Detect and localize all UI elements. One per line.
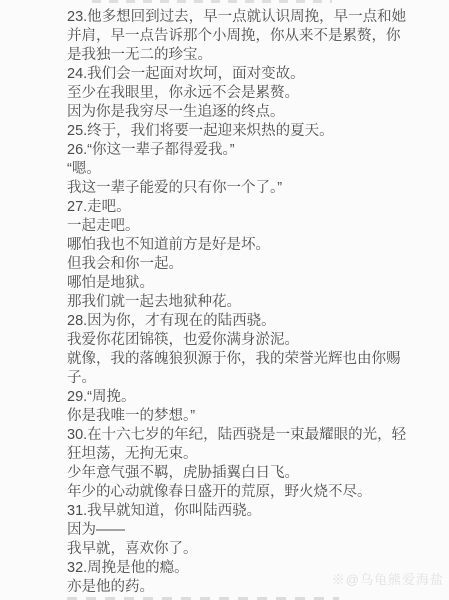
text-line: 一起走吧。 <box>67 217 397 236</box>
clipped-line-fragment-top <box>92 0 332 3</box>
text-line: 30.在十六七岁的年纪，陆西骁是一束最耀眼的光，轻 <box>67 426 397 445</box>
text-line: 那我们就一起去地狱种花。 <box>67 293 397 312</box>
text-line: “嗯。 <box>67 160 397 179</box>
quotes-page: 23.他多想回到过去，早一点就认识周挽，早一点和她并肩，早一点告诉那个小周挽，你… <box>0 0 449 600</box>
text-line: 29.“周挽。 <box>67 388 397 407</box>
text-line: 你是我唯一的梦想。” <box>67 407 397 426</box>
text-line: 是我独一无二的珍宝。 <box>67 46 397 65</box>
text-line: 28.因为你，才有现在的陆西骁。 <box>67 312 397 331</box>
quote-text-block: 23.他多想回到过去，早一点就认识周挽，早一点和她并肩，早一点告诉那个小周挽，你… <box>67 8 397 597</box>
text-line: 24.我们会一起面对坎坷，面对变故。 <box>67 65 397 84</box>
watermark-text: ※@乌龟熊爱海盐 <box>332 573 444 587</box>
text-line: 年少的心动就像春日盛开的荒原，野火烧不尽。 <box>67 483 397 502</box>
text-line: 31.我早就知道，你叫陆西骁。 <box>67 502 397 521</box>
text-line: 我早就，喜欢你了。 <box>67 540 397 559</box>
text-line: 25.终于，我们将要一起迎来炽热的夏天。 <box>67 122 397 141</box>
text-line: 27.走吧。 <box>67 198 397 217</box>
text-line: 哪怕我也不知道前方是好是坏。 <box>67 236 397 255</box>
text-line: 因为—— <box>67 521 397 540</box>
text-line: 因为你是我穷尽一生追逐的终点。 <box>67 103 397 122</box>
text-line: 23.他多想回到过去，早一点就认识周挽，早一点和她 <box>67 8 397 27</box>
text-line: 至少在我眼里，你永远不会是累赘。 <box>67 84 397 103</box>
text-line: 狂坦荡，无拘无束。 <box>67 445 397 464</box>
text-line: 26.“你这一辈子都得爱我。” <box>67 141 397 160</box>
text-line: 我这一辈子能爱的只有你一个了。” <box>67 179 397 198</box>
text-line: 哪怕是地狱。 <box>67 274 397 293</box>
text-line: 我爱你花团锦筷，也爱你满身淤泥。 <box>67 331 397 350</box>
text-line: 但我会和你一起。 <box>67 255 397 274</box>
text-line: 就像，我的落魄狼狈源于你，我的荣誉光辉也由你赐 <box>67 350 397 369</box>
text-line: 子。 <box>67 369 397 388</box>
text-line: 少年意气强不羁，虎胁插翼白日飞。 <box>67 464 397 483</box>
text-line: 并肩，早一点告诉那个小周挽，你从来不是累赘，你 <box>67 27 397 46</box>
